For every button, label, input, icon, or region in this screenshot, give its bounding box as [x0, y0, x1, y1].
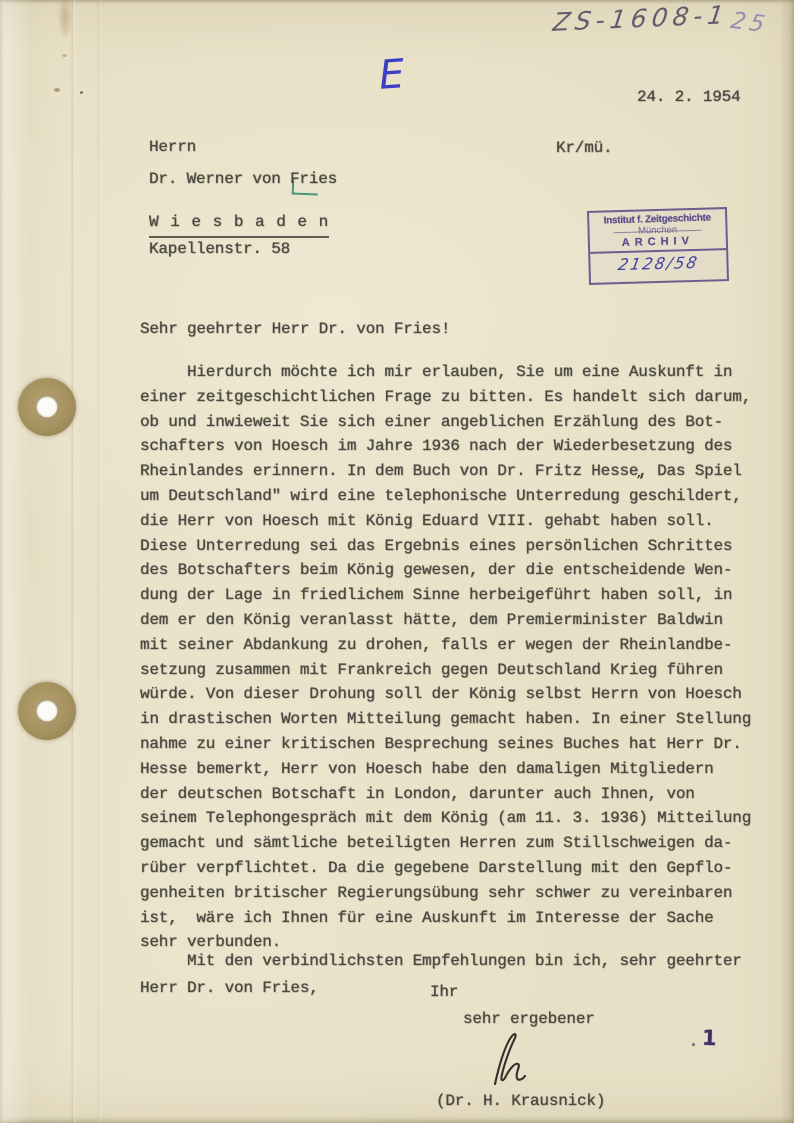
paper-speck	[62, 54, 67, 57]
letter-date: 24. 2. 1954	[637, 85, 740, 110]
typist-reference: Kr/mü.	[556, 136, 612, 161]
valediction-sehr-ergebener: sehr ergebener	[463, 1007, 595, 1032]
paper-crease-left-2	[96, 0, 102, 1123]
pencil-corner-number: 25	[728, 8, 771, 38]
recipient-name: Dr. Werner von Fries	[149, 167, 337, 192]
paper-stain-top-left	[52, 0, 78, 60]
paper-speck	[54, 88, 60, 92]
recipient-city: W i e s b a d e n	[149, 210, 329, 238]
recipient-street: Kapellenstr. 58	[149, 237, 290, 262]
handwritten-archive-signature: ZS-1608-1	[551, 0, 730, 37]
page-number-stamp: 1	[702, 1026, 717, 1050]
handwritten-signature-initials	[488, 1032, 532, 1090]
valediction-ihr: Ihr	[430, 980, 458, 1005]
paper-speck	[80, 91, 83, 94]
archive-stamp: Institut f. Zeitgeschichte München ARCHI…	[587, 207, 729, 285]
signer-name: (Dr. H. Krausnick)	[436, 1089, 605, 1114]
recipient-honorific: Herrn	[149, 135, 196, 160]
handwritten-blue-initial: E	[377, 51, 405, 99]
letter-body: Hierdurch möchte ich mir erlauben, Sie u…	[140, 360, 751, 955]
punch-hole-reinforcement-bottom	[18, 682, 76, 740]
punch-hole-reinforcement-top	[18, 378, 76, 436]
stamp-handwritten-number: 2128/58	[589, 252, 728, 275]
paper-crease-left	[70, 0, 76, 1123]
scanned-letter-page: ZS-1608-1 25 E „ 24. 2. 1954 Kr/mü. Herr…	[0, 0, 794, 1123]
salutation: Sehr geehrter Herr Dr. von Fries!	[140, 317, 450, 342]
